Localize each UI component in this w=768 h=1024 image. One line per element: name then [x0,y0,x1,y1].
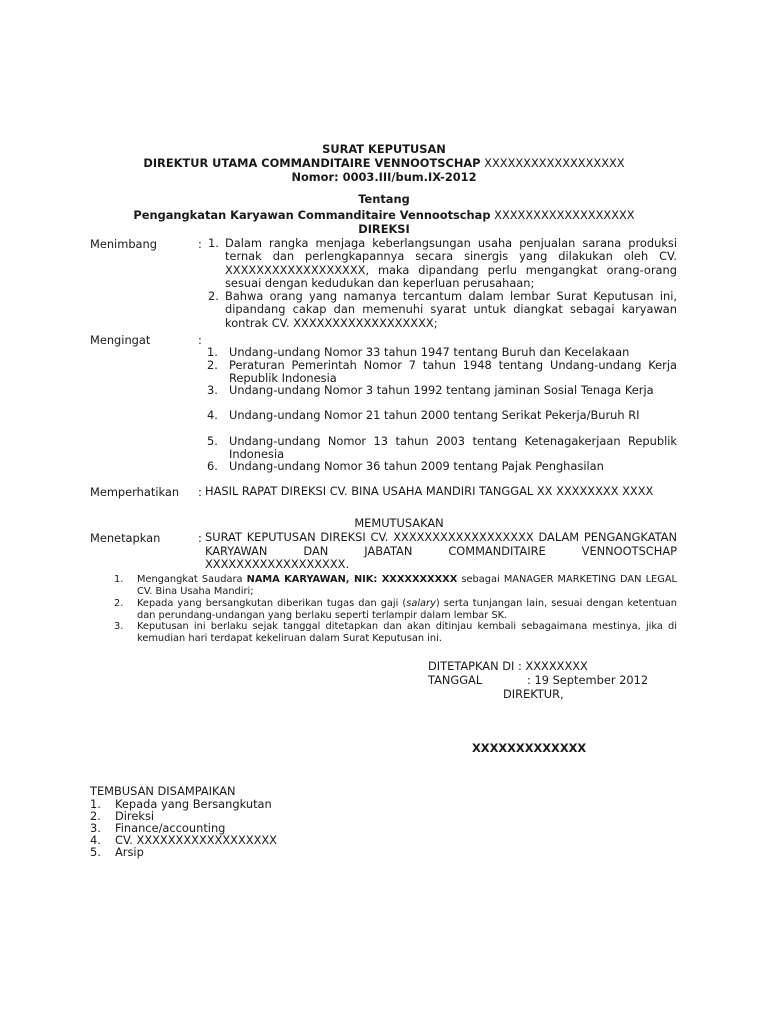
direksi-heading: DIREKSI [0,222,768,236]
item-text: Undang-undang Nomor 36 tahun 2009 tentan… [229,460,677,473]
tanggal-label: TANGGAL [428,674,482,687]
ditetapkan-di: DITETAPKAN DI : XXXXXXXX [428,660,588,673]
item-number: 4. [207,409,218,422]
item-text: Kepada yang bersangkutan diberikan tugas… [137,598,677,621]
item-number: 2. [208,290,219,303]
signatory-name: XXXXXXXXXXXXX [472,742,586,755]
item-text: Undang-undang Nomor 21 tahun 2000 tentan… [229,409,677,422]
item-number: 3. [114,621,123,633]
item-number: 1. [208,237,219,250]
subject-company: XXXXXXXXXXXXXXXXXX [494,208,634,222]
menimbang-colon: : [198,237,202,251]
item-text: Undang-undang Nomor 3 tahun 1992 tentang… [229,384,677,397]
subject-text: Pengangkatan Karyawan Commanditaire Venn… [133,208,490,222]
subtitle-text: DIREKTUR UTAMA COMMANDITAIRE VENNOOTSCHA… [143,156,480,170]
item-number: 2. [114,598,123,610]
memperhatikan-label: Memperhatikan [90,485,179,499]
memperhatikan-text: HASIL RAPAT DIREKSI CV. BINA USAHA MANDI… [205,485,677,498]
document-subtitle: DIREKTUR UTAMA COMMANDITAIRE VENNOOTSCHA… [0,156,768,170]
menimbang-label: Menimbang [90,237,157,251]
document-number: Nomor: 0003.III/bum.IX-2012 [0,170,768,184]
mengingat-label: Mengingat [90,333,150,347]
item-text: Keputusan ini berlaku sejak tanggal dite… [137,621,677,644]
document-title: SURAT KEPUTUSAN [0,142,768,156]
menetapkan-text: SURAT KEPUTUSAN DIREKSI CV. XXXXXXXXXXXX… [205,531,677,572]
item-number: 6. [207,460,218,473]
item-text: Bahwa orang yang namanya tercantum dalam… [225,290,677,330]
item-italic: salary [406,598,436,609]
memutusakan-heading: MEMUTUSAKAN [15,516,768,530]
signatory-title: DIREKTUR, [503,688,564,701]
item-emphasis: NAMA KARYAWAN, NIK: XXXXXXXXXX [247,574,458,585]
item-number: 1. [114,574,123,586]
tanggal-value: : 19 September 2012 [527,674,648,687]
item-number: 5. [90,846,101,859]
item-number: 2. [207,359,218,372]
document-page: SURAT KEPUTUSAN DIREKTUR UTAMA COMMANDIT… [0,0,768,1024]
subtitle-company: XXXXXXXXXXXXXXXXXX [484,156,624,170]
menetapkan-label: Menetapkan [90,531,160,545]
item-text: Arsip [115,846,415,859]
item-text: Mengangkat Saudara NAMA KARYAWAN, NIK: X… [137,574,677,597]
item-text: Peraturan Pemerintah Nomor 7 tahun 1948 … [229,359,677,386]
menetapkan-colon: : [198,531,202,545]
mengingat-colon: : [198,333,202,347]
item-text: Undang-undang Nomor 13 tahun 2003 tentan… [229,435,677,462]
document-subject: Pengangkatan Karyawan Commanditaire Venn… [0,208,768,222]
tentang-heading: Tentang [0,192,768,206]
item-text: Dalam rangka menjaga keberlangsungan usa… [225,237,677,290]
memperhatikan-colon: : [198,485,202,499]
item-number: 5. [207,435,218,448]
item-number: 3. [207,384,218,397]
